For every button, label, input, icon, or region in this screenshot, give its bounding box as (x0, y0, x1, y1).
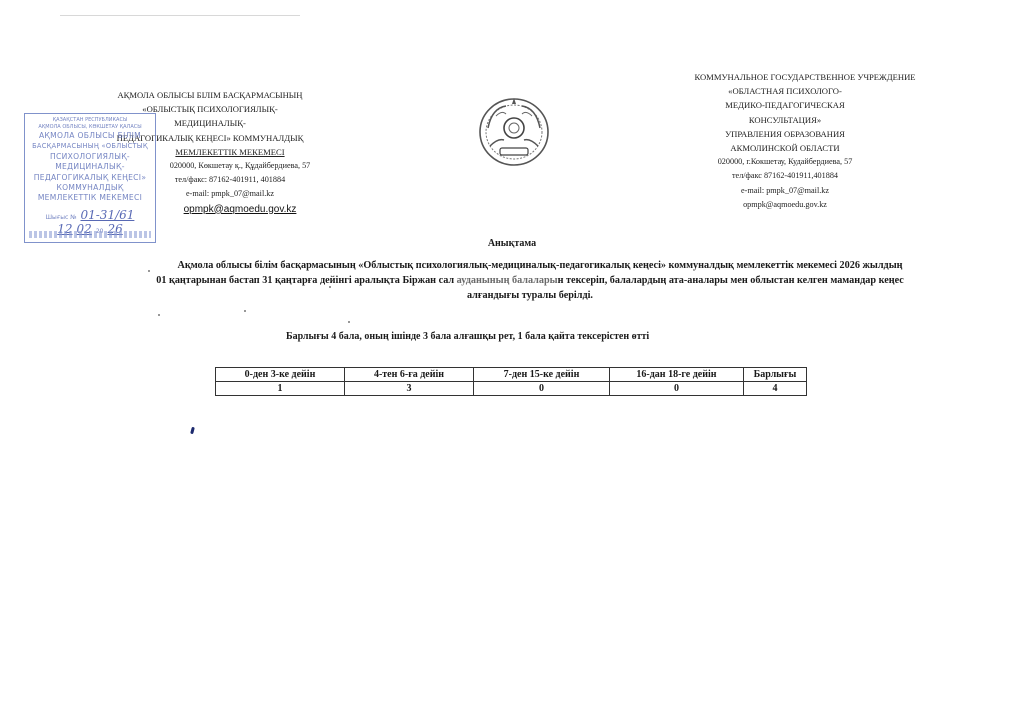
table-header: 0-ден 3-ке дейін (216, 368, 345, 382)
summary-text: Барлығы 4 бала, оның ішінде 3 бала алғаш… (286, 331, 649, 342)
paragraph-text: ауданының балалары (457, 275, 558, 286)
table-cell: 4 (744, 382, 807, 396)
table-header-row: 0-ден 3-ке дейін 4-тен 6-ға дейін 7-ден … (216, 368, 807, 382)
stamp-line: МЕМЛЕКЕТТІК МЕКЕМЕСІ (25, 193, 155, 203)
table-cell: 0 (474, 382, 610, 396)
scan-speck (348, 321, 350, 323)
header-left-email-link[interactable]: opmpk@aqmoedu.gov.kz (184, 204, 297, 215)
scan-speck (244, 310, 246, 312)
stamp-line: ПСИХОЛОГИЯЛЫҚ- (25, 152, 155, 162)
header-right-email-2[interactable]: opmpk@aqmoedu.gov.kz (640, 198, 930, 212)
table-cell: 3 (345, 382, 474, 396)
registration-stamp: ҚАЗАҚСТАН РЕСПУБЛИКАСЫ АҚМОЛА ОБЛЫСЫ, КӨ… (24, 113, 156, 243)
header-right-email: e-mail: pmpk_07@mail.kz (640, 184, 930, 198)
header-right: КОММУНАЛЬНОЕ ГОСУДАРСТВЕННОЕ УЧРЕЖДЕНИЕ … (640, 70, 930, 212)
paragraph-line: 01 қаңтарынан бастап 31 қаңтарға дейінгі… (140, 273, 920, 288)
paragraph-line: алғандығы туралы берілді. (140, 288, 920, 303)
stamp-city: АҚМОЛА ОБЛЫСЫ, КӨКШЕТАУ ҚАЛАСЫ (25, 124, 155, 131)
table-header: 7-ден 15-ке дейін (474, 368, 610, 382)
paragraph-text: 01 қаңтарынан бастап 31 қаңтарға дейінгі… (156, 275, 456, 286)
stamp-line: АҚМОЛА ОБЛЫСЫ БІЛІМ (25, 131, 155, 141)
stamp-line: МЕДИЦИНАЛЫҚ- (25, 162, 155, 172)
scan-speck (158, 314, 160, 316)
state-emblem-icon (468, 88, 560, 180)
header-right-line: МЕДИКО-ПЕДАГОГИЧЕСКАЯ (640, 98, 930, 112)
header-right-line: КОНСУЛЬТАЦИЯ» (640, 113, 930, 127)
paragraph-line: Ақмола облысы білім басқармасының «Облыс… (140, 258, 920, 273)
scan-speck (329, 286, 331, 288)
header-right-line: УПРАВЛЕНИЯ ОБРАЗОВАНИЯ (640, 127, 930, 141)
stamp-country: ҚАЗАҚСТАН РЕСПУБЛИКАСЫ (25, 117, 155, 124)
stamp-line: КОММУНАЛДЫҚ (25, 183, 155, 193)
scan-speck (148, 270, 150, 272)
document-paragraph: Ақмола облысы білім басқармасының «Облыс… (140, 258, 920, 303)
table-row: 1 3 0 0 4 (216, 382, 807, 396)
paragraph-text: н тексеріп, балалардың ата-аналары мен о… (558, 275, 904, 286)
stamp-pattern (29, 231, 151, 238)
age-distribution-table: 0-ден 3-ке дейін 4-тен 6-ға дейін 7-ден … (215, 367, 807, 396)
table-header: 16-дан 18-ге дейін (610, 368, 744, 382)
document-title: Анықтама (0, 238, 1024, 249)
table-cell: 0 (610, 382, 744, 396)
ink-mark (190, 427, 195, 435)
header-right-line: КОММУНАЛЬНОЕ ГОСУДАРСТВЕННОЕ УЧРЕЖДЕНИЕ (640, 70, 930, 84)
header-right-phone: тел/факс 87162-401911,401884 (640, 169, 930, 183)
header-left-line: АҚМОЛА ОБЛЫСЫ БІЛІМ БАСҚАРМАСЫНЫҢ (60, 88, 360, 102)
header-right-address: 020000, г.Кокшетау, Кудайбердиева, 57 (640, 155, 930, 169)
stamp-line: ПЕДАГОГИКАЛЫҚ КЕҢЕСІ» (25, 173, 155, 183)
header-right-line: АКМОЛИНСКОЙ ОБЛАСТИ (640, 141, 930, 155)
scan-artifact (60, 15, 300, 16)
table-header: Барлығы (744, 368, 807, 382)
stamp-line: БАСҚАРМАСЫНЫҢ «ОБЛЫСТЫҚ (25, 141, 155, 151)
table-header: 4-тен 6-ға дейін (345, 368, 474, 382)
stamp-outgoing-row: Шығыс № 01-31/61 (25, 208, 155, 222)
stamp-outgoing-label: Шығыс № (46, 214, 77, 221)
table-cell: 1 (216, 382, 345, 396)
stamp-outgoing-number: 01-31/61 (80, 208, 134, 222)
header-right-line: «ОБЛАСТНАЯ ПСИХОЛОГО- (640, 84, 930, 98)
